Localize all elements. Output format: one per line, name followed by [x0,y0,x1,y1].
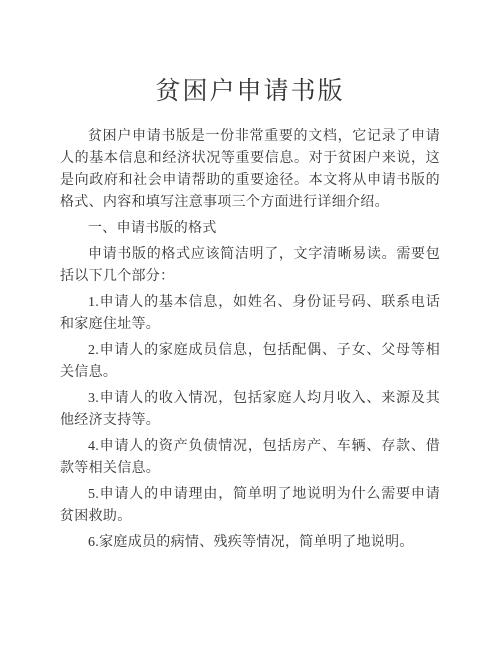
intro-paragraph: 贫困户申请书版是一份非常重要的文档，它记录了申请人的基本信息和经济状况等重要信息… [60,126,440,214]
document-page: 贫困户申请书版 贫困户申请书版是一份非常重要的文档，它记录了申请人的基本信息和经… [0,0,500,647]
document-body: 贫困户申请书版是一份非常重要的文档，它记录了申请人的基本信息和经济状况等重要信息… [60,126,440,554]
list-item-4-assets-debts: 4.申请人的资产负债情况，包括房产、车辆、存款、借款等相关信息。 [60,436,440,480]
format-intro-paragraph: 申请书版的格式应该简洁明了，文字清晰易读。需要包括以下几个部分： [60,244,440,288]
list-item-3-income: 3.申请人的收入情况，包括家庭人均月收入、来源及其他经济支持等。 [60,388,440,432]
document-title: 贫困户申请书版 [60,74,440,110]
list-item-6-illness-disability: 6.家庭成员的病情、残疾等情况，简单明了地说明。 [60,532,440,554]
list-item-1-basic-info: 1.申请人的基本信息，如姓名、身份证号码、联系电话和家庭住址等。 [60,292,440,336]
list-item-2-family-members: 2.申请人的家庭成员信息，包括配偶、子女、父母等相关信息。 [60,340,440,384]
section-heading-format: 一、申请书版的格式 [60,218,440,240]
list-item-5-application-reason: 5.申请人的申请理由，简单明了地说明为什么需要申请贫困救助。 [60,484,440,528]
